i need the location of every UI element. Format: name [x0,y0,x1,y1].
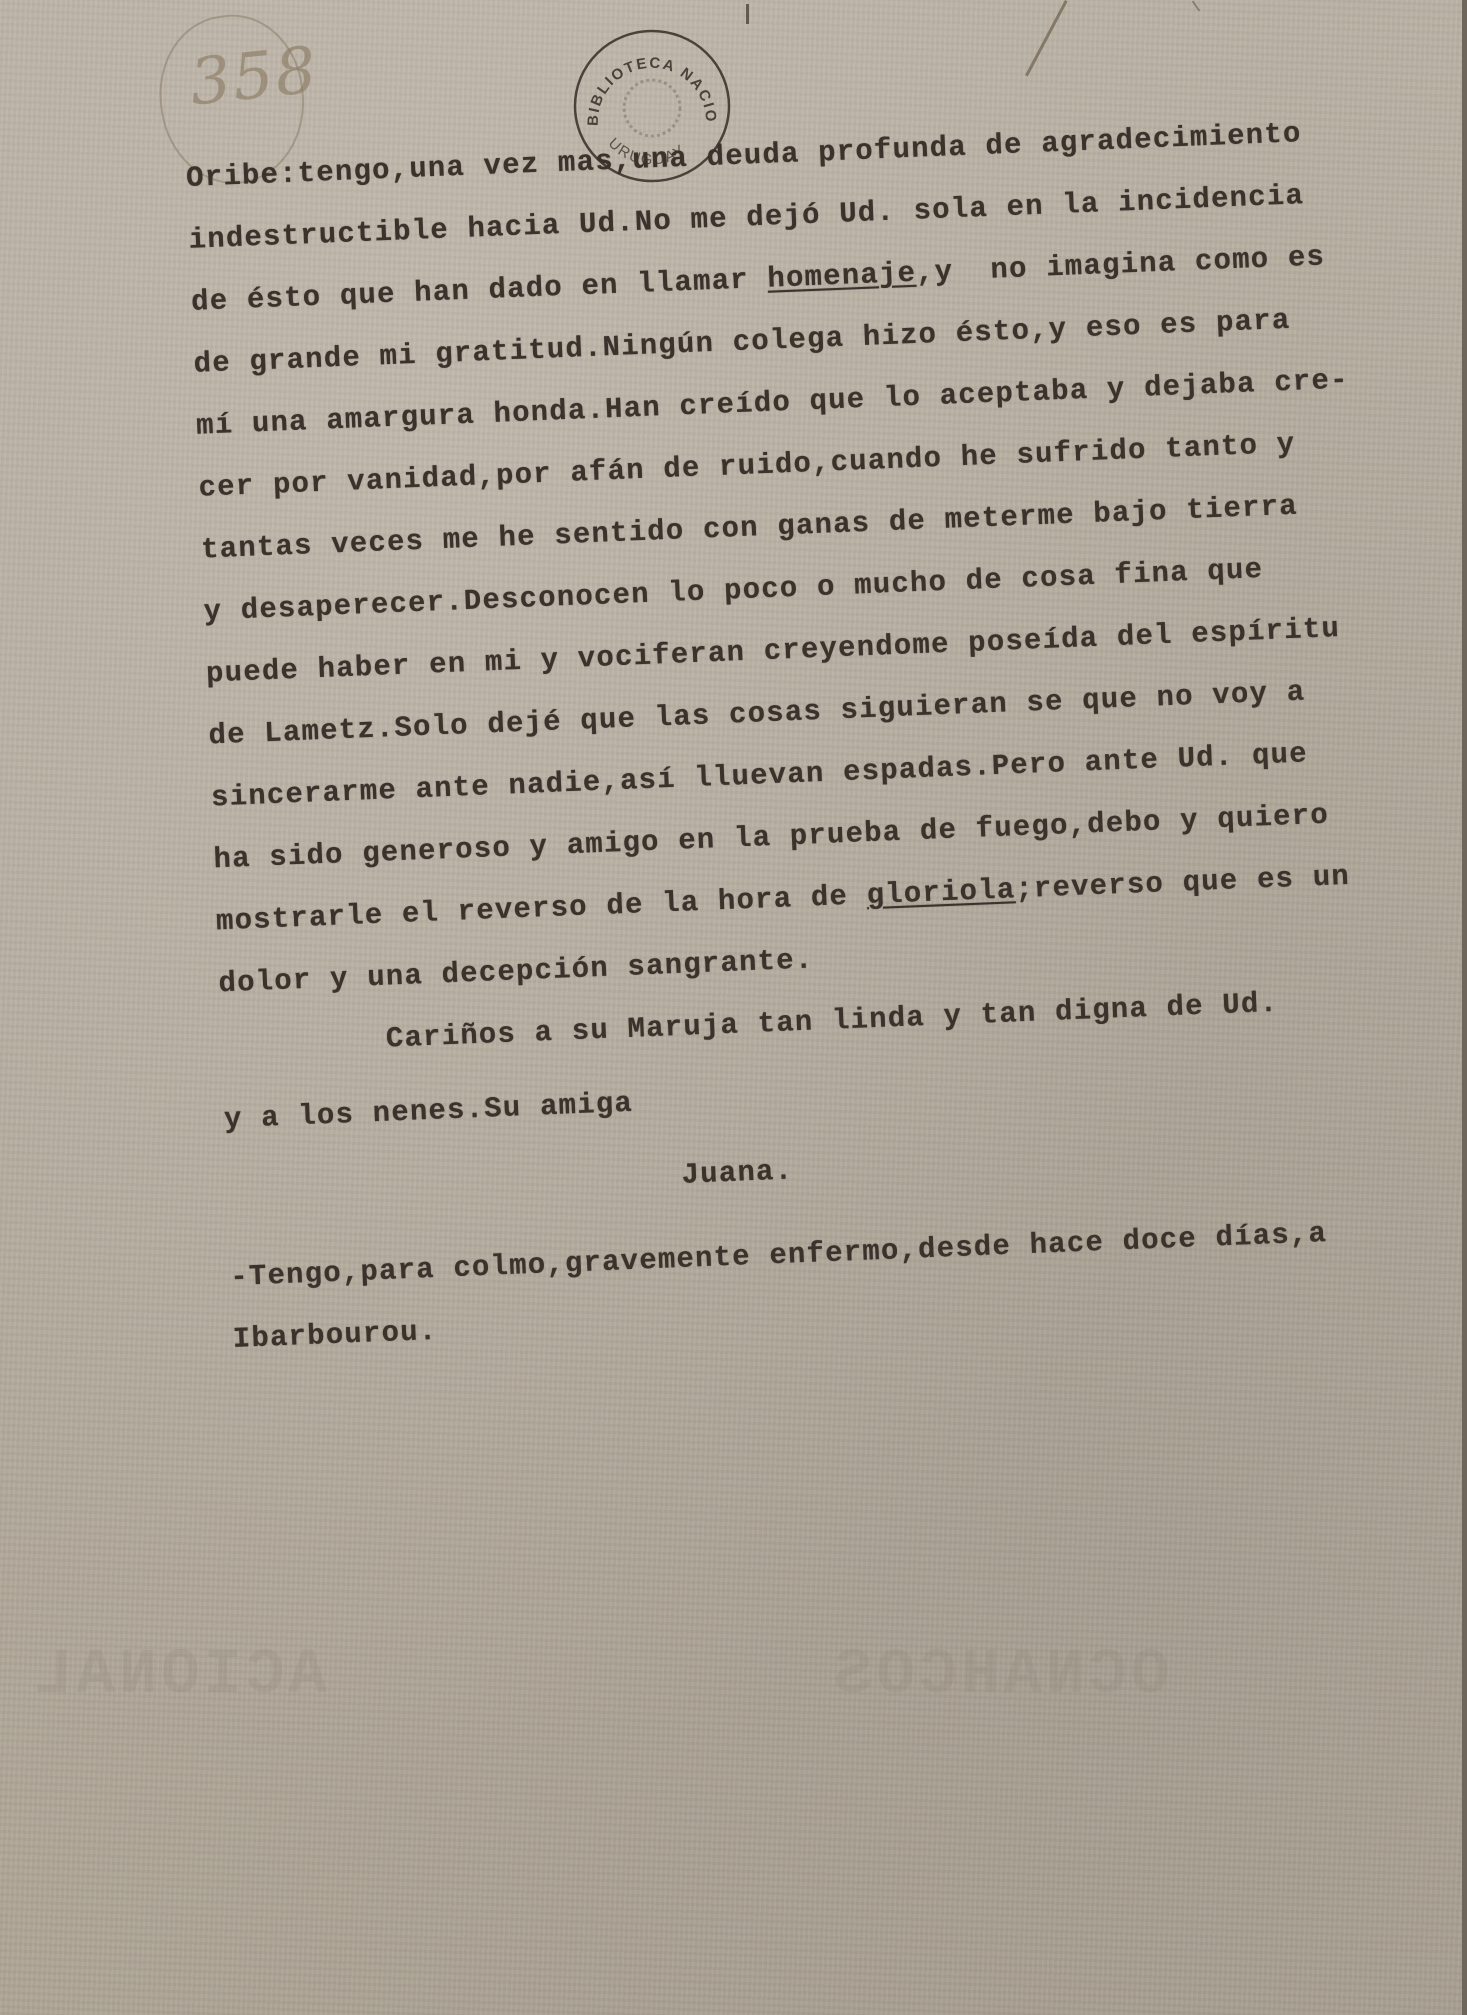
line-text: de ésto que han dado en llamar [191,263,769,319]
underlined-word: homenaje [767,257,917,296]
line-text: ;reverso que es un [1015,860,1351,906]
stamp-top-text: BIBLIOTECA NACIONAL [568,26,719,126]
underlined-word: gloriola [866,873,1016,912]
show-through-text: ACIONAL [30,1640,327,1712]
svg-text:BIBLIOTECA NACIONAL: BIBLIOTECA NACIONAL [568,26,719,126]
ink-mark [746,4,749,24]
line-text: ,y no imagina como es [915,240,1325,289]
letter-paragraph: Oribe:tengo,una vez mas,una deuda profun… [185,98,1459,1015]
line-text: dolor y una decepción sangrante. [218,943,814,1000]
line-text: mostrarle el reverso de la hora de [215,879,867,938]
letter-body: Oribe:tengo,una vez mas,una deuda profun… [185,98,1467,1371]
page-edge-shadow [1462,0,1467,2015]
show-through-text: OCNAHCOS [830,1640,1169,1712]
folio-number: 358 [186,34,321,121]
